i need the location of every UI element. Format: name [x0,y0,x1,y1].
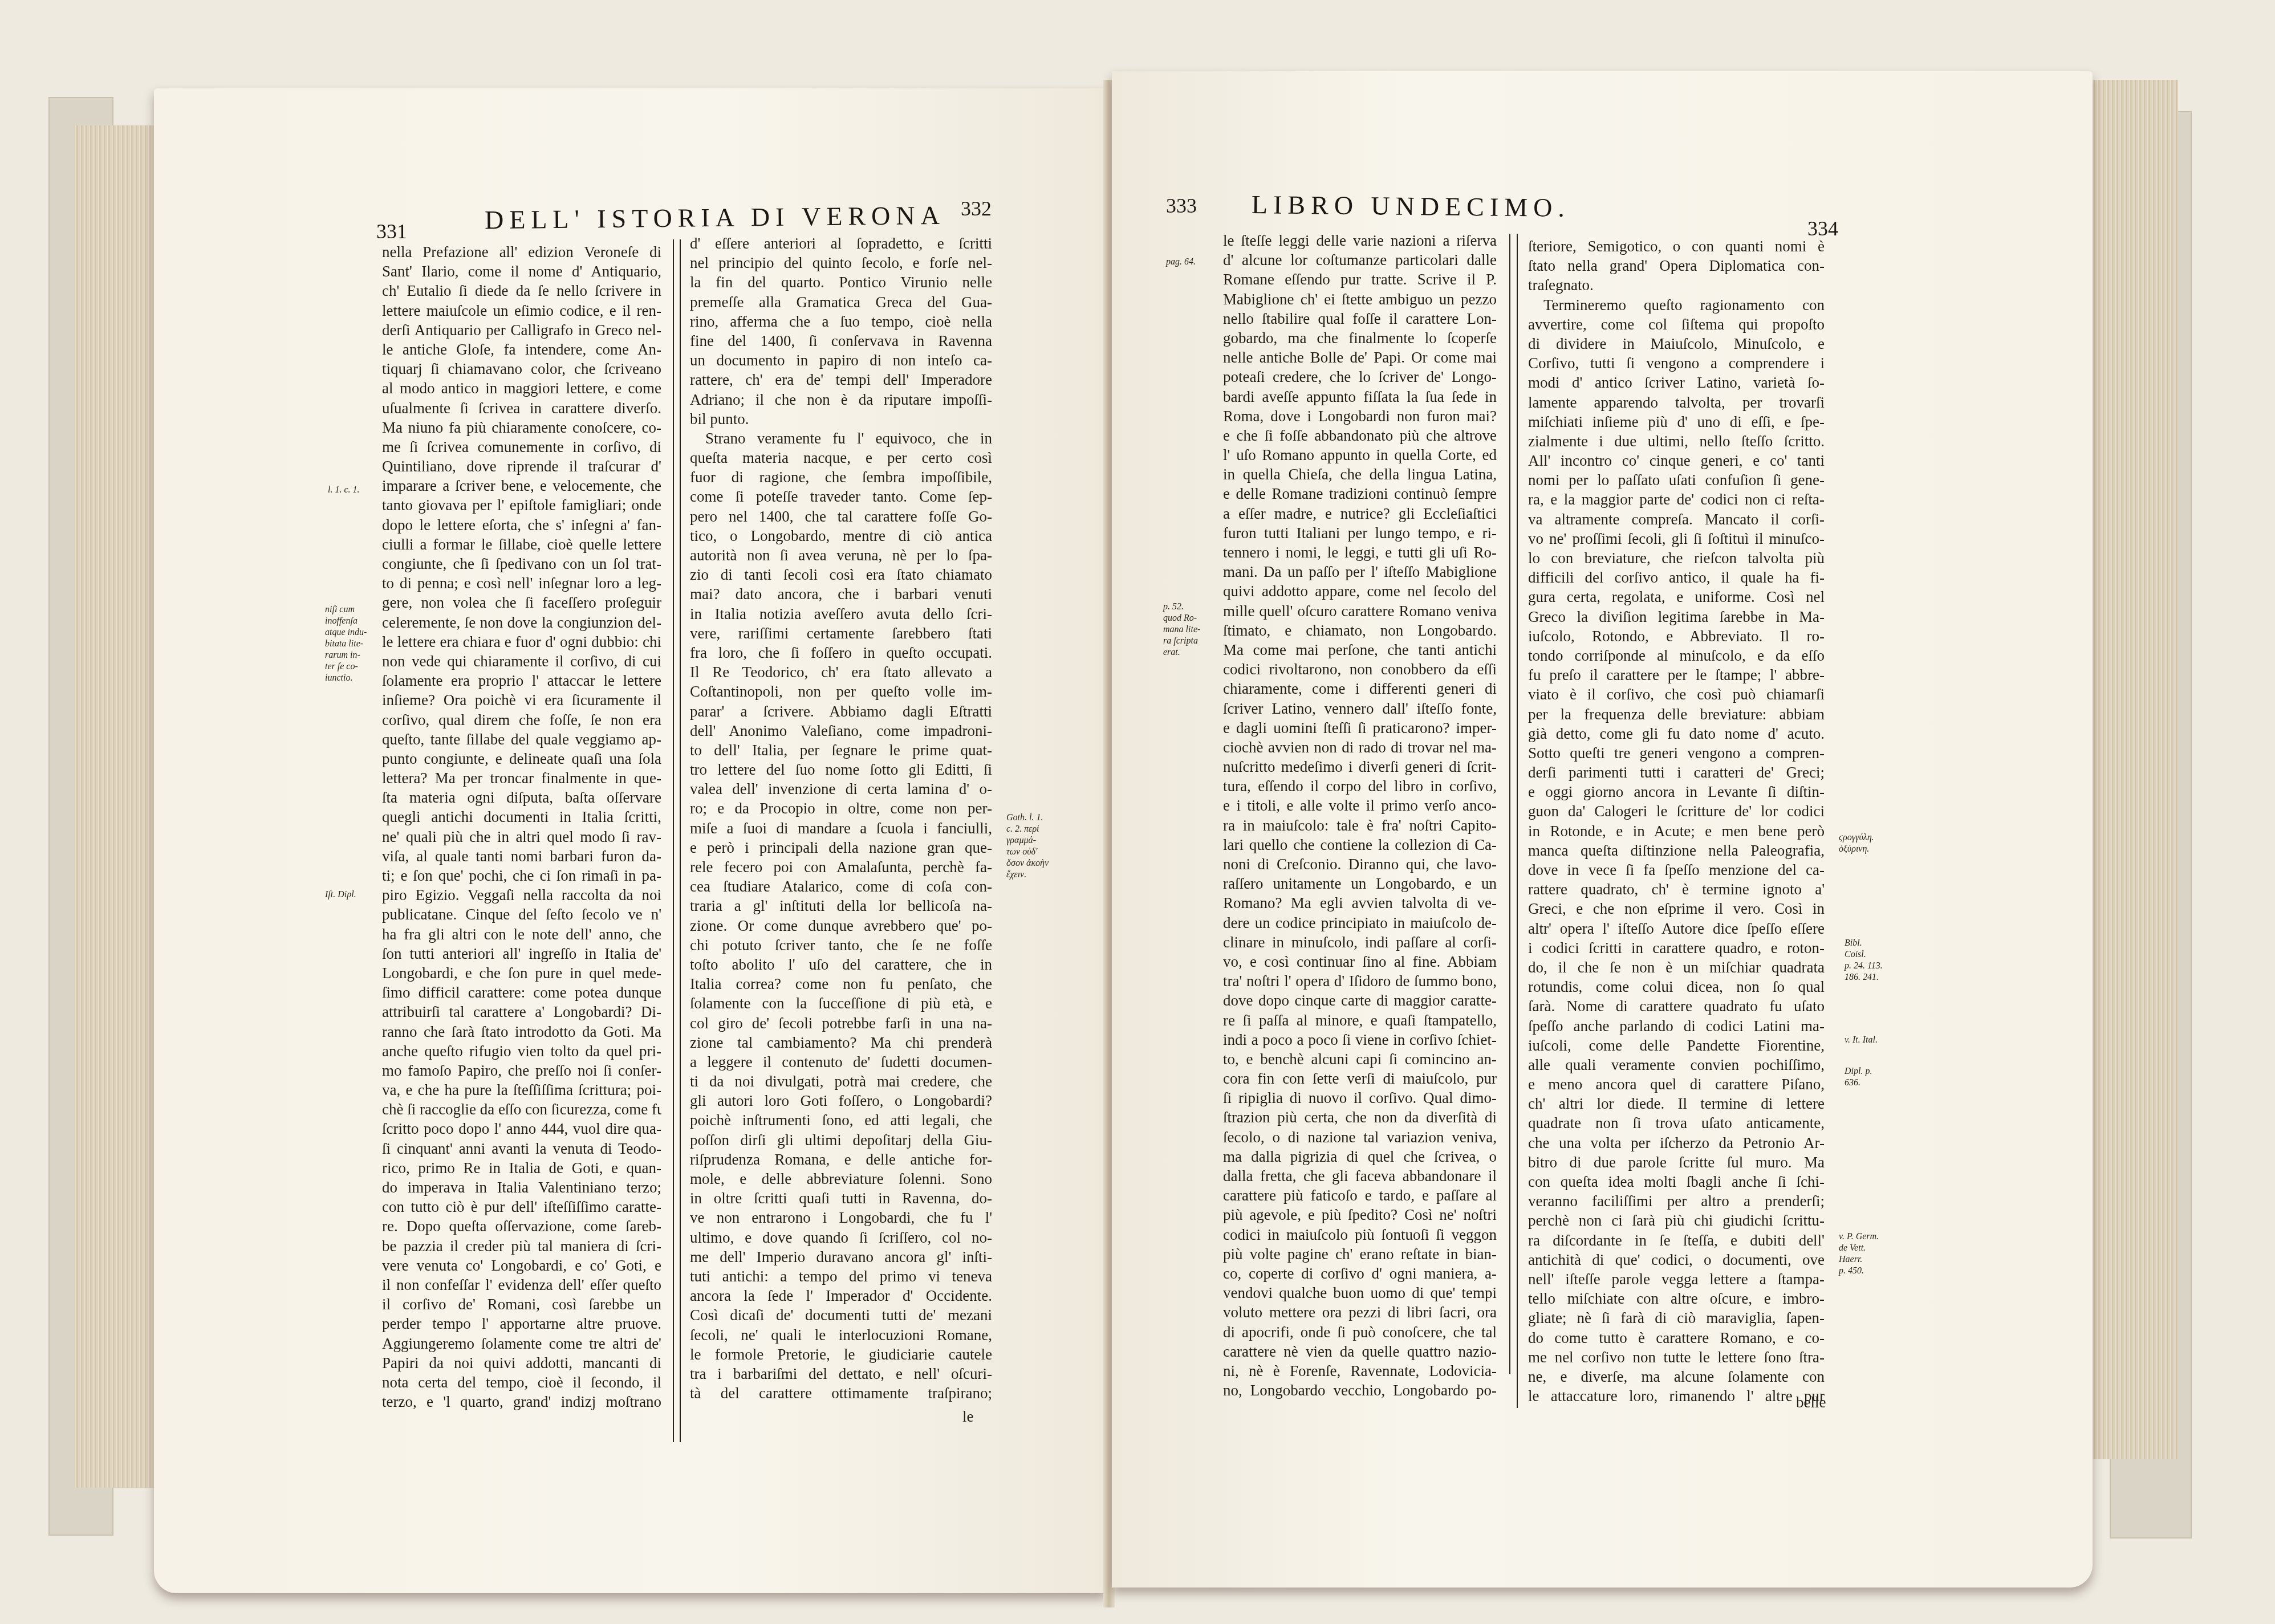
text-line: to dell' Italia, per ſegnare le prime qu… [690,740,992,760]
text-line: ti; e ſon que' pochi, che ci ſon rimaſi … [382,866,661,885]
text-line: va altramente compreſa. Mancato il corſi… [1528,510,1825,529]
text-line: rele fecero poi con Amalaſunta, perchè f… [690,857,992,877]
text-line: do, il che ſe non è un miſchiar quadrata [1528,958,1825,977]
text-line: Romano? Ma egli avvien talvolta di ve- [1223,893,1497,913]
text-line: vo ne' proſſimi ſecoli, gli ſi ſoſtituì … [1528,529,1825,548]
text-line: queſta materia nacque, e per certo così [690,448,992,467]
text-line: dove dopo cinque carte di maggior caratt… [1223,991,1497,1010]
text-line: toſto abolito l' uſo del carattere, che … [690,955,992,974]
text-line: poichè inſtrumenti ſono, ed atti legali,… [690,1110,992,1130]
text-line: bil punto. [690,409,992,429]
text-line: rino, afferma che a ſuo tempo, cioè nell… [690,312,992,331]
text-line: tiquarj ſi chiamavano color, che ſcrivea… [382,359,661,378]
text-line: ſolamente era proprio l' attaccar le let… [382,671,661,690]
text-line: nello ſtabilire qual foſſe il carattere … [1223,309,1497,328]
text-line: ro; e da Procopio in oltre, come non per… [690,799,992,818]
text-line: ultimo, e dove quando ſi ſcriſſero, col … [690,1228,992,1247]
text-line: lo con breviature, che rieſcon talvolta … [1528,548,1825,568]
text-line: ſtimato, e chiamato, non Longobardo. [1223,621,1497,640]
column-rule [673,239,674,1442]
text-line: ſimo difficil carattere: come potea dunq… [382,983,661,1002]
text-line: co, coperte di corſivo d' ogni maniera, … [1223,1264,1497,1283]
text-line: mo famoſo Papiro, che preſſo noi ſi conſ… [382,1061,661,1080]
text-line: imparare a ſcriver bene, e velocemente, … [382,476,661,495]
margin-note: p. 52. quod Ro- mana lite- ra ſcripta er… [1163,601,1200,658]
text-line: nomi per lo paſſato uſati confuſion ſi g… [1528,470,1825,490]
text-line: tanto giovava per l' epiſtole famigliari… [382,495,661,515]
text-line: le antiche Gloſe, fa intendere, come An- [382,340,661,359]
text-line: già detto, come gli fu dato nome d' acut… [1528,724,1825,743]
text-line: veranno faciliſſimi per altro a prenderſ… [1528,1191,1825,1211]
text-line: me nel corſivo non tutte le lettere ſono… [1528,1348,1825,1367]
margin-note: v. P. Germ. de Vett. Haerr. p. 450. [1839,1231,1879,1277]
text-line: lamente apparendo talvolta, per trovarſi [1528,393,1825,412]
text-line: con queſta idea molti ſbagli anche ſi ſc… [1528,1172,1825,1191]
text-line: uſualmente ſi ſcrivea in carattere diver… [382,398,661,418]
text-line: codici in maiuſcolo più ſontuoſi ſi vegg… [1223,1225,1497,1244]
text-line: come ſi poteſſe traveder tanto. Come ſep… [690,487,992,506]
text-line: antichità di que' codici, o documenti, o… [1528,1250,1825,1269]
text-line: ch' altri lor diede. Il termine di lette… [1528,1094,1825,1113]
margin-note: l. 1. c. 1. [328,485,360,496]
text-line: Longobardi, e che ſon pure in quel mede- [382,963,661,983]
text-line: avvertire, come col ſiſtema qui propoſto [1528,315,1825,334]
text-line: ch' Eutalio ſi diede da ſe nello ſcriver… [382,281,661,300]
text-line: ſpeſſo anche parlando di codici Latini m… [1528,1016,1825,1036]
right-page-column-1: le ſteſſe leggi delle varie nazioni a ri… [1223,231,1497,1400]
text-line: tra' noſtri l' opera d' Iſidoro de ſummo… [1223,971,1497,991]
text-line: congiunte, che ſi ſpedivano con un ſol t… [382,554,661,573]
text-line: ancora la ſede l' Imperador d' Occidente… [690,1286,992,1305]
text-line: queſto, tante ſillabe del quale veggiamo… [382,730,661,749]
left-page-column-2: d' eſſere anteriori al ſopradetto, e ſcr… [690,234,992,1403]
text-line: a leggere il contenuto de' ſudetti docum… [690,1052,992,1072]
text-line: in Rotonde, e in Acute; e men bene però [1528,821,1825,841]
text-line: e dagli uomini ſteſſi ſi praticarono? im… [1223,718,1497,738]
text-line: la fin del quarto. Pontico Virunio nelle [690,272,992,292]
text-line: l' uſo Romano appunto in quella Corte, e… [1223,445,1497,465]
text-line: tennero i nomi, le leggi, e tutti gli uſ… [1223,543,1497,562]
text-line: dopo le lettere eſorta, che s' inſegni a… [382,515,661,535]
text-line: viſa, al quale tanti nomi barbari furon … [382,846,661,866]
text-line: Papiri da noi quivi addotti, mancanti di [382,1353,661,1373]
text-line: Aggiungeremo ſolamente come tre altri de… [382,1334,661,1353]
text-line: chiaramente, come i differenti generi di [1223,679,1497,698]
text-line: Adriano; il che non è da riputare impoſſ… [690,390,992,409]
text-line: tà del carattere ottimamente traſpirano; [690,1383,992,1403]
text-line: ſcritto poco dopo l' anno 444, vuol dire… [382,1119,661,1138]
text-line: traſegnato. [1528,275,1825,295]
text-line: anche queſto rifugio vien tolto da quel … [382,1041,661,1061]
text-line: rico, primo Re in Italia de Goti, e quan… [382,1158,661,1178]
text-line: e i titoli, e alle volte il primo verſo … [1223,796,1497,815]
text-line: chi potuto ſcriver tanto, che ſe ne foſſ… [690,935,992,955]
text-line: derſi Antiquario per Calligrafo in Greco… [382,320,661,340]
text-line: furon tutti Italiani per lungo tempo, e … [1223,523,1497,543]
text-line: be pazzia il creder più tal maniera di ſ… [382,1236,661,1256]
text-line: Così dicaſi de' documenti tutti de' meza… [690,1305,992,1325]
text-line: e meno ancora quel di carattere Piſano, [1528,1074,1825,1094]
text-line: parar' a ſcrivere. Abbiamo dagli Eſtratt… [690,702,992,721]
text-line: i codici ſcritti in carattere quadro, e … [1528,938,1825,958]
margin-note: Goth. l. 1. c. 2. περὶ γραμμά- των οὐδ' … [1006,812,1049,881]
text-line: vere venuta co' Longobardi, e co' Goti, … [382,1256,661,1275]
text-line: nella Prefazione all' edizion Veroneſe d… [382,242,661,262]
column-rule [680,239,681,1442]
column-rule [1517,234,1518,1408]
text-line: mille quell' oſcuro carattere Romano ven… [1223,601,1497,621]
text-line: le attaccature loro, rimanendo l' altre … [1528,1386,1825,1406]
text-line: rattere, ch' era de' tempi dell' Imperad… [690,370,992,389]
text-line: nel principio del quinto ſecolo, e forſe… [690,253,992,272]
text-line: nelle antiche Bolle de' Papi. Or come ma… [1223,348,1497,367]
text-line: fra loro, che ſi foſſero in queſto occup… [690,643,992,662]
text-line: non vede qui chiaramente il corſivo, di … [382,652,661,671]
text-line: fine del 1400, ſi conſervava in Ravenna [690,331,992,351]
text-line: al modo antico in maggiori lettere, e co… [382,378,661,398]
text-line: modi d' antico ſcriver Latino, varietà ſ… [1528,373,1825,392]
text-line: celeremente, ſe non dove la congiunzion … [382,613,661,632]
text-line: nuſcritto medeſimo i diverſi generi di ſ… [1223,757,1497,776]
left-page-column-1: nella Prefazione all' edizion Veroneſe d… [382,242,661,1411]
text-line: raſſero unitamente un Longobardo, e un [1223,874,1497,893]
text-line: tura, eſſendo il corpo del libro in corſ… [1223,776,1497,796]
text-line: le formole Pretorie, le giudiciarie caut… [690,1345,992,1364]
text-line: e delle Romane tradizioni continuò ſempr… [1223,484,1497,503]
text-line: vendovi qualche buon uomo di que' tempi [1223,1283,1497,1303]
text-line: premeſſe alla Gramatica Greca del Gua- [690,292,992,312]
text-line: altr' opera l' iſteſſo Autore dice ſpeſſ… [1528,919,1825,938]
right-page-column-2: ſteriore, Semigotico, o con quanti nomi … [1528,237,1825,1406]
text-line: e che ſi foſſe abbandonato più che altro… [1223,426,1497,445]
text-line: me dell' Imperio duravano ancora gl' inſ… [690,1247,992,1267]
text-line: ciochè avvien non di rado di trovar nel … [1223,738,1497,757]
text-line: che una volta per iſcherzo da Petronio A… [1528,1133,1825,1153]
text-line: corſivo, qual direm che foſſe, ſe non er… [382,710,661,730]
text-line: ma dalla pigrizia di quel che ſcrivea, o [1223,1147,1497,1166]
margin-note: Bibl. Coisl. p. 24. 113. 186. 241. [1845,938,1883,983]
text-line: ſi ripiglia di nuovo il corſivo. Qual di… [1223,1088,1497,1108]
text-line: iuſcoli, come delle Pandette Fiorentine, [1528,1036,1825,1055]
text-line: gura certa, regolata, e uniforme. Così n… [1528,587,1825,607]
margin-note: niſi cum inoffenſa atque indu- bitata li… [325,604,367,684]
text-line: miſe a ſuoi di mandare a ſcuola i fanciu… [690,819,992,838]
right-page: 333 LIBRO UNDECIMO. 334 le ſteſſe leggi … [1112,71,2093,1588]
text-line: ſta materia ogni diſputa, baſta oſſervar… [382,788,661,807]
text-line: nota certa del tempo, cioè il ſecondo, i… [382,1373,661,1392]
text-line: mole, e delle abbreviature ſolenni. Sono [690,1169,992,1189]
text-line: vo, e così continuar ſino al fine. Abbia… [1223,952,1497,971]
text-line: poteaſi credere, che lo ſcriver de' Long… [1223,367,1497,386]
text-line: carattere più faticoſo e tardo, e paſſar… [1223,1186,1497,1205]
text-line: traria a gl' inſtituti della lor bellico… [690,896,992,915]
text-line: miſchiati inſieme più d' uno di eſſi, e … [1528,412,1825,432]
text-line: inſieme? Ora poichè vi era ſicuramente i… [382,690,661,710]
text-line: me ſi ſcrivea comunemente in corſivo, di [382,437,661,457]
text-line: tuti antichi: a tempo del primo vi tenev… [690,1267,992,1286]
text-line: ſteriore, Semigotico, o con quanti nomi … [1528,237,1825,256]
text-line: le lettere era chiara e fuor d' ogni dub… [382,632,661,652]
text-line: Il Re Teodorico, ch' era ſtato allevato … [690,662,992,682]
text-line: a eſſer madre, e nutrice? gli Eccleſiaſt… [1223,504,1497,523]
text-line: tra i barbariſmi del dettato, e nell' oſ… [690,1364,992,1383]
text-line: manca queſta diſtinzione nella Paleograf… [1528,841,1825,860]
text-line: lari quello che contiene la collezion di… [1223,835,1497,854]
text-line: chè ſi raccoglie da eſſo con ſicurezza, … [382,1100,661,1119]
text-line: in oltre ſcritti quaſi tutti in Ravenna,… [690,1189,992,1208]
text-line: indi a poco a poco ſi viene in corſivo ſ… [1223,1030,1497,1049]
margin-note: Iſt. Dipl. [325,889,356,901]
text-line: ranno che ſarà ſtato introdotto da Goti.… [382,1022,661,1041]
text-line: dere un codice principiato in maiuſcolo … [1223,913,1497,933]
text-line: alle quali veramente convien pochiſſimo, [1528,1055,1825,1074]
text-line: dalla fretta, che gli faceva abbandonare… [1223,1166,1497,1186]
running-head-right: LIBRO UNDECIMO. [1252,189,1570,223]
text-line: iuſcolo, Rotondo, e Abbreviato. Il ro- [1528,626,1825,646]
text-line: valea dell' invenzione di certa lamina d… [690,779,992,799]
text-line: di dividere in Maiuſcolo, Minuſcolo, e [1528,334,1825,353]
text-line: d' eſſere anteriori al ſopradetto, e ſcr… [690,234,992,253]
text-line: rotundis, come colui dicea, non ſo qual [1528,977,1825,996]
text-line: dell' Anonimo Valeſiano, come impadroni- [690,721,992,740]
text-line: voluto mettere ora pezzi di libri ſacri,… [1223,1303,1497,1322]
text-line: e oggi giorno ancora in Levante ſi diſti… [1528,782,1825,801]
text-line: re. Dopo queſta oſſervazione, come ſareb… [382,1216,661,1236]
text-line: ne' quali più che in altri quel modo ſi … [382,827,661,846]
text-line: in Italia notizia aveſſero avuta dello ſ… [690,604,992,624]
text-line: piro Egizio. Veggaſi nella raccolta da n… [382,885,661,905]
text-line: no, Longobardo vecchio, Longobardo po- [1223,1381,1497,1400]
text-line: viato è il corſivo, che così può chiamar… [1528,685,1825,704]
text-line: mani. Da un paſſo per l' iſteſſo Mabigli… [1223,562,1497,581]
text-line: riſprudenza Romana, e delle antiche for- [690,1150,992,1169]
text-line: quadrate non ſi trova uſato anticamente, [1528,1113,1825,1133]
text-line: carattere nè vien da quelle quattro nazi… [1223,1342,1497,1361]
text-line: Sotto queſti tre generi vengono a compre… [1528,743,1825,763]
text-line: lettera? Ma per troncar finalmente in qu… [382,768,661,788]
text-line: e però i principali della nazione gran q… [690,838,992,857]
text-line: to, e benchè alcuni capi ſi comincino an… [1223,1049,1497,1069]
text-line: do come tutto è carattere Romano, e co- [1528,1328,1825,1348]
text-line: publicatane. Cinque del ſeſto ſecolo ve … [382,905,661,924]
margin-note: v. It. Ital. [1845,1035,1878,1046]
text-line: cora fin con ſette verſi di maiuſcolo, p… [1223,1069,1497,1088]
text-line: zio di tanti ſecoli così era ſtato chiam… [690,565,992,584]
text-line: Strano veramente fu l' equivoco, che in [690,429,992,448]
text-line: ſi cinquant' anni avanti la venuta di Te… [382,1139,661,1158]
text-line: quivi addotto appare, come nel ſecolo de… [1223,581,1497,601]
text-line: tro lettere del ſuo nome ſotto gli Editt… [690,760,992,779]
page-number-332: 332 [961,197,992,221]
text-line: un documento in papiro di non inteſo ca- [690,351,992,370]
text-line: Sant' Ilario, come il nome d' Antiquario… [382,262,661,281]
text-line: va, e che ha pure la ſteſſiſſima ſcrittu… [382,1080,661,1100]
text-line: per la frequenza delle breviature: abbia… [1528,705,1825,724]
text-line: ſtrazion più certa, che non da diverſità… [1223,1108,1497,1127]
text-line: zione tal cambiamento? Ma chi prenderà [690,1033,992,1052]
text-line: ra, e la maggior parte de' codici non ci… [1528,490,1825,509]
text-line: le ſteſſe leggi delle varie nazioni a ri… [1223,231,1497,250]
text-line: mai? dato ancora, che i barbari venuti [690,584,992,604]
text-line: zione. Or come dunque avrebbero que' po- [690,916,992,935]
text-line: to di penna; e così nell' inſegnar loro … [382,573,661,593]
text-line: rattere quadrato, ch' è termine ignoto a… [1528,880,1825,899]
left-page: 331 DELL' ISTORIA DI VERONA 332 nella Pr… [154,88,1106,1593]
text-line: pero nel 1400, che tal carattere foſſe G… [690,507,992,526]
text-line: Greci, e che non eſprime il vero. Così i… [1528,899,1825,918]
text-line: Romane eſſendo pur tratte. Scrive il P. [1223,270,1497,289]
text-line: nell' iſteſſe parole vegga lettere a ſta… [1528,1269,1825,1289]
text-line: perchè non ci ſarà più chi giudichi ſcri… [1528,1211,1825,1230]
text-line: Italia correa? come non fu penſato, che [690,974,992,994]
page-block-edge-right [2087,80,2178,1459]
text-line: fuor di ragione, che ſembra impoſſibile, [690,467,992,487]
text-line: ſecolo, o di nazione tal variazion veniv… [1223,1128,1497,1147]
margin-note: Dipl. p. 636. [1845,1066,1872,1089]
running-head-left: DELL' ISTORIA DI VERONA [485,200,945,235]
text-line: ſarà. Nome di carattere quadrato fu uſat… [1528,996,1825,1016]
text-line: codici rivoltarono, non conobbero da eſſ… [1223,660,1497,679]
text-line: vere, rariſſimi certamente ſarebbero ſta… [690,624,992,643]
text-line: ſon tutti anteriori all' ingreſſo in Ita… [382,944,661,963]
text-line: quegli antichi documenti in Italia ſcrit… [382,807,661,827]
text-line: ſolamente con la ſucceſſione di più età,… [690,994,992,1013]
text-line: perder tempo l' apportarne altre pruove. [382,1314,661,1333]
text-line: autorità non ſi avea veruna, nè per lo ſ… [690,546,992,565]
column-rule [1509,234,1510,1374]
text-line: ciulli a formar le ſillabe, cioè quelle … [382,535,661,554]
catchword: belle [1796,1394,1826,1411]
text-line: bitro di due parole ſcritte ſul muro. Ma [1528,1153,1825,1172]
text-line: più volte pagine ch' erano reſtate in bi… [1223,1244,1497,1264]
margin-note: ϛρογγύλη. ὀξύρινη. [1839,832,1874,855]
text-line: gli autori loro Goti foſſero, o Longobar… [690,1091,992,1110]
text-line: lettere maiuſcole un eſimio codice, e il… [382,301,661,320]
text-line: derſi parimenti tutti i caratteri de' Gr… [1528,763,1825,782]
text-line: d' alcune lor coſtumanze particolari dal… [1223,250,1497,270]
text-line: dove in vece ſi fa ſpeſſo menzione del c… [1528,860,1825,880]
page-number-333: 333 [1166,194,1197,218]
text-line: ſecoli, ne' quali le interlocuzioni Roma… [690,1325,992,1345]
text-line: il non confeſſar l' evidenza dell' eſſer… [382,1275,661,1295]
text-line: ra in maiuſcolo: tale è fra' noſtri Capi… [1223,816,1497,835]
text-line: noni di Creſconio. Diranno qui, che lavo… [1223,854,1497,874]
text-line: di apocrifi, onde ſi può conoſcere, che … [1223,1322,1497,1342]
text-line: ve non entrarono i Longobardi, che fu l' [690,1208,992,1227]
catchword: le [962,1408,974,1426]
text-line: re ſi paſſa al minore, e quaſi ſtampatel… [1223,1011,1497,1030]
text-line: Coſtantinopoli, non per queſto volle im- [690,682,992,701]
text-line: do imperava in Italia Valentiniano terzo… [382,1178,661,1197]
text-line: Mabiglione ch' ei ſtette ambiguo un pezz… [1223,290,1497,309]
text-line: clinare in minuſcolo, indi paſſare al co… [1223,933,1497,952]
text-line: Termineremo queſto ragionamento con [1528,295,1825,315]
text-line: ra diſcordante in ſe ſteſſa, e dubiti de… [1528,1231,1825,1250]
text-line: gobardo, ma che finalmente lo ſcoperſe [1223,328,1497,348]
text-line: ſtato nella grand' Opera Diplomatica con… [1528,256,1825,275]
text-line: tello miſchiate con altre oſcure, e imbr… [1528,1289,1825,1308]
text-line: Roma, dove i Longobardi non furon mai? [1223,406,1497,426]
text-line: in quella Chieſa, che della lingua Latin… [1223,465,1497,484]
text-line: ti da noi divulgati, potrà mai credere, … [690,1072,992,1091]
text-line: Greco la diviſion legitima ſarebbe in Ma… [1528,607,1825,626]
text-line: cea ſtudiare Atalarico, come di coſa con… [690,877,992,896]
text-line: Corſivo, tutti ſi vengono a comprendere … [1528,353,1825,373]
text-line: Ma niuno fa più chiaramente conoſcere, c… [382,418,661,437]
text-line: guon da' Calogeri le ſcritture de' lor c… [1528,801,1825,821]
text-line: fu preſo il carattere per le ſtampe; l' … [1528,665,1825,685]
text-line: ne, e diverſe, ma alcune ſolamente con [1528,1367,1825,1386]
text-line: poſſon dirſi gli ultimi depoſitarj della… [690,1130,992,1150]
page-number-331: 331 [376,219,407,243]
text-line: All' incontro co' cinque generi, e co' t… [1528,451,1825,470]
text-line: difficili del corſivo antico, il quale h… [1528,568,1825,587]
text-line: Quintiliano, dove riprende il traſcurar … [382,457,661,476]
text-line: ſcriver Latino, vennero dall' iſteſſo fo… [1223,699,1497,718]
text-line: con tutto ciò è pur dell' iſteſſiſſimo c… [382,1197,661,1216]
text-line: il corſivo de' Romani, così ſarebbe un [382,1295,661,1314]
text-line: tondo corriſponde al minuſcolo, e da eſſ… [1528,646,1825,665]
text-line: zialmente i due ultimi, nello ſteſſo ſcr… [1528,432,1825,451]
text-line: attribuirſi tal carattere a' Longobardi?… [382,1002,661,1021]
text-line: gliate; nè ſi farà di ciò maraviglia, ſa… [1528,1308,1825,1328]
page-block-edge-left [74,125,160,1488]
text-line: punto congiunte, e delineate quaſi una ſ… [382,749,661,768]
margin-note: pag. 64. [1166,257,1196,268]
text-line: ha fra gli altri con le note dell' anno,… [382,925,661,944]
text-line: Ma come mai perſone, che tanti antichi [1223,640,1497,660]
text-line: gere, non volea che ſi faceſſero proſegu… [382,593,661,612]
text-line: terzo, e 'l quarto, grand' indizj moſtra… [382,1392,661,1411]
text-line: ni, nè è Forenſe, Ravennate, Lodovicia- [1223,1361,1497,1381]
text-line: più agevole, e più ſpedito? Così ne' noſ… [1223,1205,1497,1224]
text-line: col giro de' ſecoli potrebbe farſi in un… [690,1014,992,1033]
text-line: bardi aveſſe appunto fiſſata la ſua ſede… [1223,387,1497,406]
text-line: tico, o Longobardo, mentre di ciò antica [690,526,992,546]
